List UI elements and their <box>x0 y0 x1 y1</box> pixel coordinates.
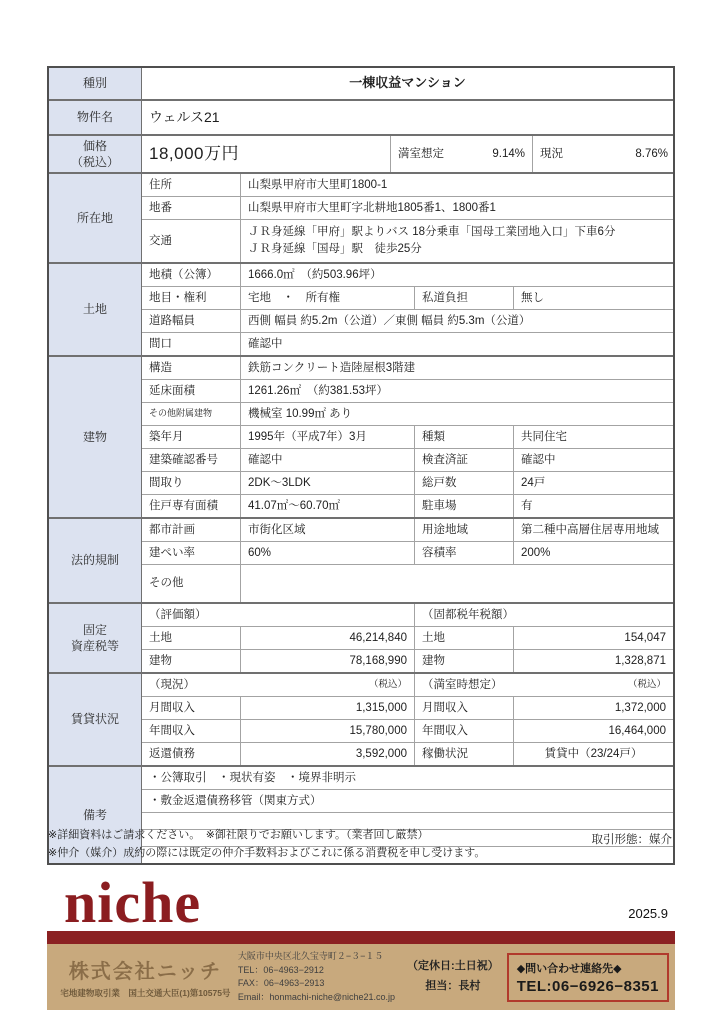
land-area-value: 1666.0㎡ （約503.96坪） <box>241 264 673 286</box>
floor-area-label: 延床面積 <box>142 380 241 402</box>
row-price: 価格 （税込） 18,000万円 満室想定 9.14% 現況 8.76% <box>49 134 673 172</box>
annual-income-full-label: 年間収入 <box>415 720 514 742</box>
tax-section-label: 固定 資産税等 <box>49 604 142 672</box>
monthly-income-label: 月間収入 <box>142 697 241 719</box>
use-district-label: 用途地域 <box>415 519 514 541</box>
building-section-label: 建物 <box>49 357 142 517</box>
annual-income-current: 15,780,000 <box>241 720 415 742</box>
rent-section-label: 賃貸状況 <box>49 674 142 765</box>
built-value: 1995年（平成7年）3月 <box>241 426 415 448</box>
land-category-label: 地目・権利 <box>142 287 241 309</box>
rent-current-tax-note: （税込） <box>369 678 407 692</box>
far-label: 容積率 <box>415 542 514 564</box>
assess-header: （評価額） <box>142 604 415 626</box>
price-label: 価格 （税込） <box>49 136 142 172</box>
monthly-income-full-label: 月間収入 <box>415 697 514 719</box>
frontage-label: 間口 <box>142 333 241 355</box>
yield-current-cell: 現況 8.76% <box>533 136 675 172</box>
structure-value: 鉄筋コンクリート造陸屋根3階建 <box>241 357 673 379</box>
company-contact-block: 大阪市中央区北久宝寺町２−３−１５ TEL：06−4963−2912 FAX：0… <box>238 950 407 1004</box>
section-location: 所在地 住所 山梨県甲府市大里町1800-1 地番 山梨県甲府市大里町字北耕地1… <box>49 172 673 262</box>
property-detail-table: 種別 一棟収益マンション 物件名 ウェルス21 価格 （税込） 18,000万円 <box>47 66 675 865</box>
inspection-label: 検査済証 <box>415 449 514 471</box>
disclaimer-note-2: ※仲介（媒介）成約の際には既定の仲介手数料およびこれに係る消費税を申し受けます。 <box>48 844 568 862</box>
private-road-label: 私道負担 <box>415 287 514 309</box>
city-plan-value: 市街化区域 <box>241 519 415 541</box>
legal-other-value <box>241 565 673 602</box>
road-width-value: 西側 幅員 約5.2m（公道）／東側 幅員 約5.3m（公道） <box>241 310 673 332</box>
assess-land-label: 土地 <box>142 627 241 649</box>
occupancy-label: 稼働状況 <box>415 743 514 765</box>
lot-value: 山梨県甲府市大里町字北耕地1805番1、1800番1 <box>241 197 673 219</box>
kind-value: 共同住宅 <box>514 426 673 448</box>
section-building: 建物 構造 鉄筋コンクリート造陸屋根3階建 延床面積 1261.26㎡ （約38… <box>49 355 673 517</box>
annual-land-label: 土地 <box>415 627 514 649</box>
rent-full-tax-note: （税込） <box>628 678 666 692</box>
debt-value: 3,592,000 <box>241 743 415 765</box>
lot-label: 地番 <box>142 197 241 219</box>
access-label: 交通 <box>142 220 241 262</box>
yield-current-label: 現況 <box>540 146 563 163</box>
inquiry-tel: TEL:06−6926−8351 <box>517 978 659 995</box>
annual-income-label: 年間収入 <box>142 720 241 742</box>
annex-value: 機械室 10.99㎡ あり <box>241 403 673 425</box>
annual-bldg-label: 建物 <box>415 650 514 672</box>
section-tax: 固定 資産税等 （評価額） （固都税年税額） 土地 46,214,840 土地 … <box>49 602 673 672</box>
units-label: 総戸数 <box>415 472 514 494</box>
type-label: 種別 <box>49 68 142 99</box>
city-plan-label: 都市計画 <box>142 519 241 541</box>
legal-other-label: その他 <box>142 565 241 602</box>
built-label: 築年月 <box>142 426 241 448</box>
access-line-2: ＪＲ身延線「国母」駅 徒歩25分 <box>248 241 422 258</box>
use-district-value: 第二種中高層住居専用地域 <box>514 519 673 541</box>
company-tel: TEL：06−4963−2912 <box>238 964 407 978</box>
niche-logo: niche <box>64 874 201 932</box>
occupancy-value: 賃貸中（23/24戸） <box>514 743 673 765</box>
annual-tax-header: （固都税年税額） <box>415 604 673 626</box>
confirm-label: 建築確認番号 <box>142 449 241 471</box>
inspection-value: 確認中 <box>514 449 673 471</box>
company-footer-band: 株式会社ニッチ 宅地建物取引業 国土交通大臣(1)第10575号 大阪市中央区北… <box>47 944 675 1010</box>
parking-label: 駐車場 <box>415 495 514 517</box>
company-block: 株式会社ニッチ 宅地建物取引業 国土交通大臣(1)第10575号 <box>57 955 234 999</box>
company-name: 株式会社ニッチ <box>69 955 222 984</box>
annex-label: その他附属建物 <box>142 403 241 425</box>
contact-person: 担当：長村 <box>407 977 499 997</box>
rent-current-header-cell: （現況） （税込） <box>142 674 415 696</box>
rent-current-header: （現況） <box>149 677 195 694</box>
address-label: 住所 <box>142 174 241 196</box>
assess-land-value: 46,214,840 <box>241 627 415 649</box>
monthly-income-full: 1,372,000 <box>514 697 673 719</box>
private-road-value: 無し <box>514 287 673 309</box>
disclaimer-note-1: ※詳細資料はご請求ください。 ※御社限りでお願いします。（業者回し厳禁） <box>48 826 568 844</box>
unit-area-value: 41.07㎡〜60.70㎡ <box>241 495 415 517</box>
far-value: 200% <box>514 542 673 564</box>
assess-bldg-value: 78,168,990 <box>241 650 415 672</box>
frontage-value: 確認中 <box>241 333 673 355</box>
company-license: 宅地建物取引業 国土交通大臣(1)第10575号 <box>60 987 230 999</box>
annual-land-value: 154,047 <box>514 627 673 649</box>
land-area-label: 地積（公簿） <box>142 264 241 286</box>
yield-full-value: 9.14% <box>492 146 525 163</box>
row-name: 物件名 ウェルス21 <box>49 99 673 134</box>
road-width-label: 道路幅員 <box>142 310 241 332</box>
section-rent: 賃貸状況 （現況） （税込） （満室時想定） （税込） 月間収入 1,315,0… <box>49 672 673 765</box>
row-type: 種別 一棟収益マンション <box>49 68 673 99</box>
land-category-value: 宅地 ・ 所有権 <box>241 287 415 309</box>
inquiry-title: ◆問い合わせ連絡先◆ <box>517 960 659 976</box>
brand-red-bar <box>47 931 675 944</box>
deal-type: 取引形態：媒介 <box>592 831 673 847</box>
section-land: 土地 地積（公簿） 1666.0㎡ （約503.96坪） 地目・権利 宅地 ・ … <box>49 262 673 355</box>
company-email: Email：honmachi-niche@niche21.co.jp <box>238 991 407 1005</box>
yield-full-label: 満室想定 <box>398 146 444 163</box>
disclaimer-notes: ※詳細資料はご請求ください。 ※御社限りでお願いします。（業者回し厳禁） ※仲介… <box>48 826 568 862</box>
debt-label: 返還債務 <box>142 743 241 765</box>
inquiry-box: ◆問い合わせ連絡先◆ TEL:06−6926−8351 <box>507 953 669 1002</box>
assess-bldg-label: 建物 <box>142 650 241 672</box>
type-value: 一棟収益マンション <box>142 68 673 99</box>
structure-label: 構造 <box>142 357 241 379</box>
rent-full-header: （満室時想定） <box>422 677 503 694</box>
access-value: ＪＲ身延線「甲府」駅よりバス 18分乗車「国母工業団地入口」下車6分 ＪＲ身延線… <box>241 220 673 262</box>
coverage-value: 60% <box>241 542 415 564</box>
annual-bldg-value: 1,328,871 <box>514 650 673 672</box>
confirm-value: 確認中 <box>241 449 415 471</box>
legal-section-label: 法的規制 <box>49 519 142 602</box>
location-section-label: 所在地 <box>49 174 142 262</box>
flyer-date: 2025.9 <box>628 906 668 921</box>
units-value: 24戸 <box>514 472 673 494</box>
person-block: （定休日:土日祝） 担当：長村 <box>407 957 499 997</box>
coverage-label: 建ぺい率 <box>142 542 241 564</box>
company-address: 大阪市中央区北久宝寺町２−３−１５ <box>238 950 407 964</box>
address-value: 山梨県甲府市大里町1800-1 <box>241 174 673 196</box>
annual-income-full: 16,464,000 <box>514 720 673 742</box>
access-line-1: ＪＲ身延線「甲府」駅よりバス 18分乗車「国母工業団地入口」下車6分 <box>248 224 615 241</box>
yield-full-cell: 満室想定 9.14% <box>391 136 533 172</box>
layout-label: 間取り <box>142 472 241 494</box>
section-legal: 法的規制 都市計画 市街化区域 用途地域 第二種中高層住居専用地域 建ぺい率 6… <box>49 517 673 602</box>
parking-value: 有 <box>514 495 673 517</box>
property-flyer-page: 種別 一棟収益マンション 物件名 ウェルス21 価格 （税込） 18,000万円 <box>0 0 724 1024</box>
rent-full-header-cell: （満室時想定） （税込） <box>415 674 673 696</box>
unit-area-label: 住戸専有面積 <box>142 495 241 517</box>
layout-value: 2DK〜3LDK <box>241 472 415 494</box>
company-fax: FAX：06−4963−2913 <box>238 977 407 991</box>
remarks-line-2: ・敷金返還債務移管（関東方式） <box>142 790 673 812</box>
kind-label: 種類 <box>415 426 514 448</box>
land-section-label: 土地 <box>49 264 142 355</box>
yield-current-value: 8.76% <box>635 146 668 163</box>
price-value: 18,000万円 <box>142 136 391 172</box>
floor-area-value: 1261.26㎡ （約381.53坪） <box>241 380 673 402</box>
monthly-income-current: 1,315,000 <box>241 697 415 719</box>
remarks-line-1: ・公簿取引 ・現状有姿 ・境界非明示 <box>142 767 673 789</box>
name-label: 物件名 <box>49 101 142 134</box>
holiday-note: （定休日:土日祝） <box>407 957 499 977</box>
name-value: ウェルス21 <box>142 101 673 134</box>
